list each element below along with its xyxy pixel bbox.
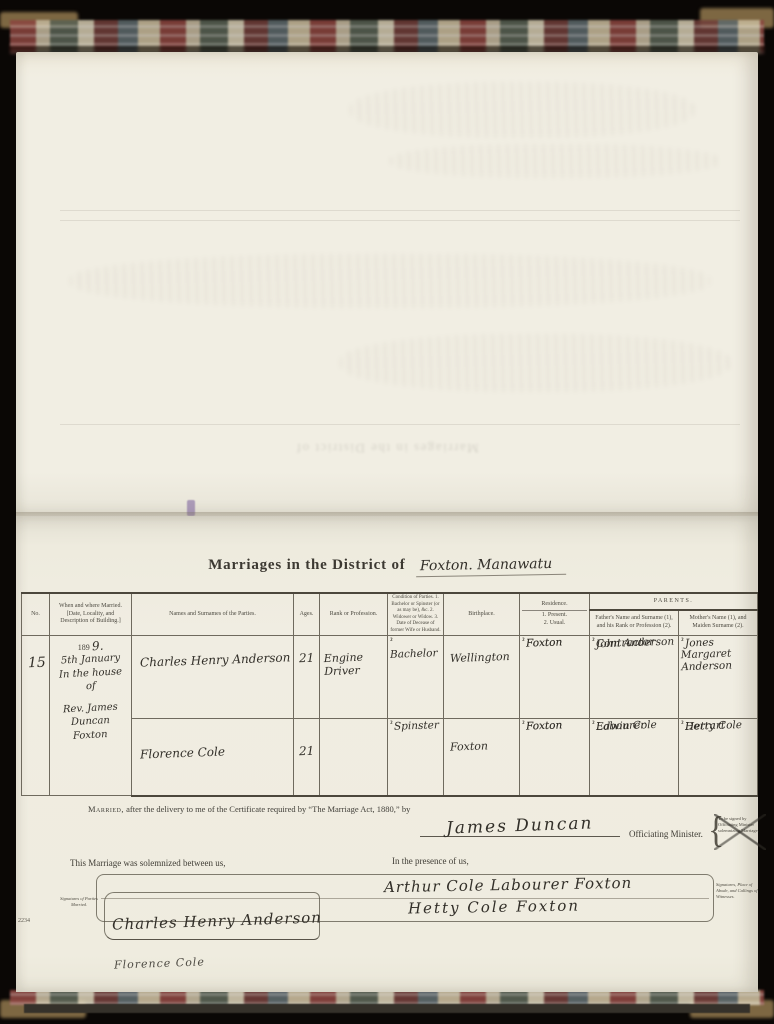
bleedthrough-rule [60, 210, 740, 211]
cell-groom-name: Charles Henry Anderson [132, 636, 294, 719]
when-where-line: Foxton [73, 728, 108, 743]
entry-number: 15 [28, 655, 46, 672]
minister-signature: James Duncan [420, 816, 620, 837]
page-block-shadow [24, 1004, 750, 1013]
col-header-mother: Mother's Name (1), and Maiden Surname (2… [679, 610, 758, 636]
col-header-ages: Ages. [294, 593, 320, 636]
col-header-father: Father's Name and Surname (1), and his R… [590, 610, 679, 636]
bleedthrough-rule [60, 220, 740, 221]
col-header-parents: PARENTS. [590, 593, 758, 610]
cell-groom-father: 1John Anderson 2Contractor [590, 636, 679, 719]
register-form-page: Marriages in the District ofFoxton. Mana… [16, 516, 758, 992]
cell-bride-age: 21 [294, 719, 320, 796]
bride-signature: Florence Cole [114, 954, 205, 972]
col-header-no: No. [22, 593, 50, 636]
form-series-number: 2234 [18, 918, 30, 924]
minister-note-box: { To be signed by Officiating Minister s… [712, 814, 766, 852]
officiating-minister-label: Officiating Minister. [629, 829, 703, 839]
marriage-register-table: No. When and where Married. [Date, Local… [21, 592, 758, 797]
bleedthrough-ghost [70, 254, 710, 308]
bleedthrough-ghost [350, 82, 694, 138]
upper-blank-page: Marriages in the District of [16, 52, 758, 516]
crossed-out-mark [714, 814, 766, 850]
cell-groom-condition: 1Bachelor 2 [388, 636, 444, 719]
col-header-residence: Residence. 1. Present. 2. Usual. [520, 593, 590, 636]
page-title: Marriages in the District ofFoxton. Mana… [16, 556, 758, 576]
cell-groom-residence: 1Foxton 2Foxton [520, 636, 590, 719]
col-header-condition: Condition of Parties. 1. Bachelor or Spi… [388, 593, 444, 636]
married-clause: Married, after the delivery to me of the… [88, 804, 410, 814]
when-where-line: of [85, 680, 95, 694]
title-district-handwritten: Foxton. Manawatu [415, 556, 566, 578]
parties-signatures-label: Signatures of Parties Married. [56, 896, 102, 908]
col-header-rank: Rank or Profession. [320, 593, 388, 636]
col-header-birthplace: Birthplace. [444, 593, 520, 636]
residence-present: 1. Present. [522, 612, 587, 620]
cell-bride-residence: 1Foxton 2Foxton [520, 719, 590, 796]
cell-bride-name: Florence Cole [132, 719, 294, 796]
solemnized-label: This Marriage was solemnized between us, [70, 858, 225, 868]
title-printed: Marriages in the District of [208, 557, 405, 573]
bleedthrough-rule [60, 424, 740, 425]
bleedthrough-title: Marriages in the District of [16, 440, 758, 456]
scanned-marriage-register: Marriages in the District of Marriages i… [0, 0, 774, 1024]
cell-when-where: 189 9. 5th January In the house of Rev. … [50, 636, 132, 796]
cell-bride-condition: 1Spinster 2 [388, 719, 444, 796]
bleedthrough-ghost [390, 144, 720, 178]
marbled-page-edges-bottom [10, 990, 764, 1005]
cell-bride-father: 1Edwin Cole 2Labourer [590, 719, 679, 796]
when-where-line: Duncan [71, 714, 111, 730]
residence-title: Residence. [522, 601, 587, 611]
cell-bride-birthplace: Foxton [444, 719, 520, 796]
witness-signature-2: Hetty Cole Foxton [408, 898, 580, 917]
cell-groom-mother: 1Margaret Anderson 2Jones [679, 636, 758, 719]
cell-groom-rank: Engine Driver [320, 636, 388, 719]
witness-signature-1: Arthur Cole Labourer Foxton [384, 876, 632, 895]
presence-label: In the presence of us, [392, 856, 469, 866]
col-header-names: Names and Surnames of the Parties. [132, 593, 294, 636]
witnesses-label: Signatures, Place of Abode, and Callings… [716, 882, 760, 900]
bleedthrough-ghost [340, 334, 730, 392]
cell-groom-age: 21 [294, 636, 320, 719]
marbled-page-edges-top [10, 20, 764, 46]
residence-usual: 2. Usual. [522, 620, 587, 628]
col-header-when-where: When and where Married. [Date, Locality,… [50, 593, 132, 636]
groom-signature: Charles Henry Anderson [112, 912, 322, 931]
cell-bride-mother: 1Hetty Cole 2Derrart [679, 719, 758, 796]
cell-groom-birthplace: Wellington [444, 636, 520, 719]
cell-entry-no: 15 [22, 636, 50, 796]
cell-bride-rank [320, 719, 388, 796]
